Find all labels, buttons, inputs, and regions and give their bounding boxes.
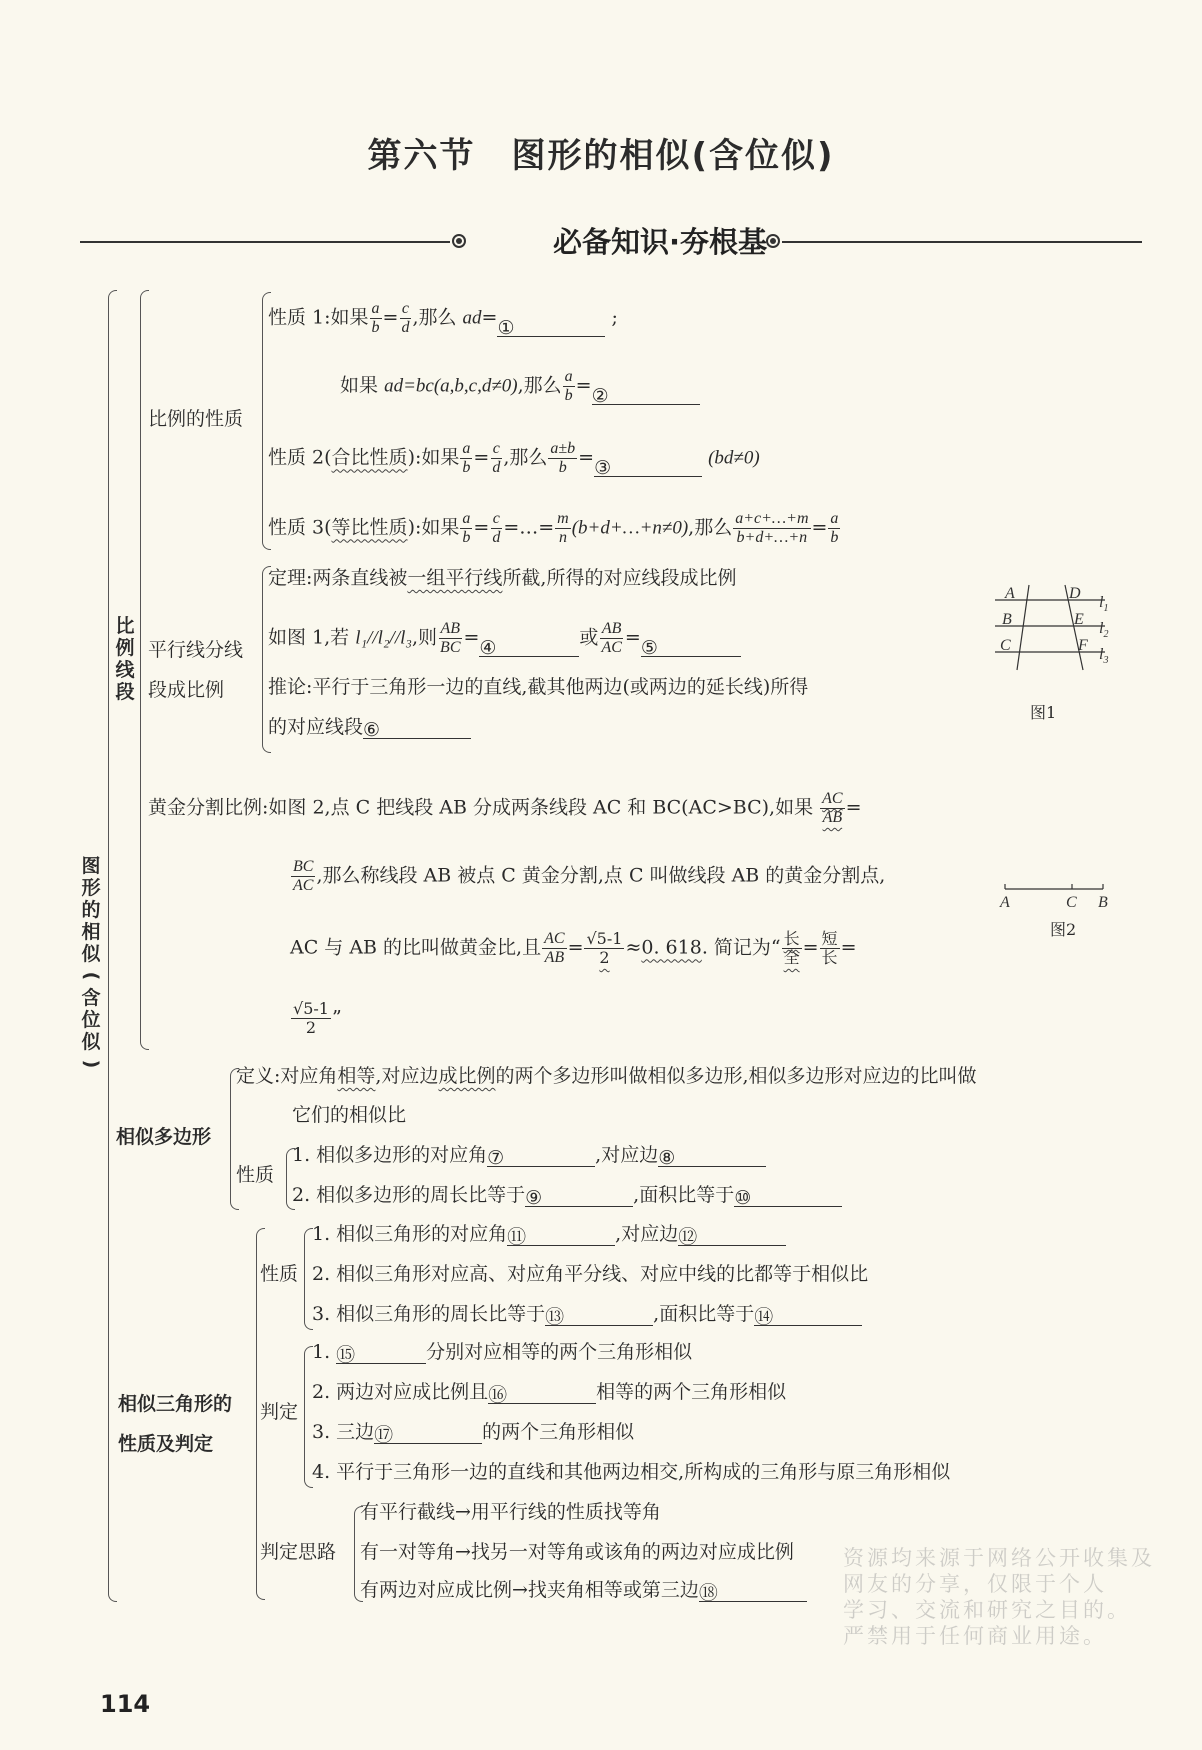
divider-right	[782, 241, 1142, 243]
chapter-number: 第六节	[367, 136, 475, 176]
blank-5[interactable]: ⑤	[641, 636, 741, 657]
svg-text:A: A	[999, 894, 1010, 911]
svg-text:l3: l3	[1099, 646, 1108, 666]
property-1: 性质 1:如果ab=cd,那么 ad=① ;	[268, 300, 618, 337]
proportional-segments-label: 比例线段	[114, 615, 136, 703]
figure-1-diagram: A B C D E F l1 l2 l3	[985, 580, 1115, 710]
svg-text:C: C	[1066, 894, 1077, 911]
section-heading: 必备知识·夯根基	[80, 220, 1142, 264]
svg-text:E: E	[1073, 611, 1084, 628]
properties-of-proportion-label: 比例的性质	[148, 407, 243, 431]
blank-14[interactable]: ⑭	[754, 1305, 862, 1326]
similar-triangles-label: 相似三角形的性质及判定	[118, 1384, 232, 1464]
watermark: 资源均来源于网络公开收集及 网友的分享，仅限于个人 学习、交流和研究之目的。 严…	[843, 1545, 1155, 1649]
chapter-title: 图形的相似(含位似)	[511, 136, 834, 176]
svg-text:B: B	[1098, 894, 1108, 911]
svg-text:B: B	[1002, 611, 1012, 628]
figure1-statement: 如图 1,若 l₁//l₂//l₃,则ABBC=④或ABAC=⑤	[268, 620, 741, 657]
triangle-properties-label: 性质	[260, 1262, 298, 1286]
polygon-property-2: 2. 相似多边形的周长比等于⑨,面积比等于⑩	[292, 1183, 842, 1207]
triangle-criteria-label: 判定	[260, 1400, 298, 1424]
parallel-lines-label: 平行线分线段成比例	[148, 630, 243, 710]
figure-2-diagram: A C B	[995, 875, 1115, 915]
root-bracket	[108, 290, 117, 1602]
blank-11[interactable]: ⑪	[507, 1225, 615, 1246]
criterion-1: 1. ⑮分别对应相等的两个三角形相似	[312, 1340, 692, 1364]
svg-text:A: A	[1004, 585, 1015, 602]
blank-10[interactable]: ⑩	[734, 1186, 842, 1207]
criterion-3: 3. 三边⑰的两个三角形相似	[312, 1420, 634, 1444]
judgment-thinking-label: 判定思路	[260, 1540, 336, 1564]
blank-6[interactable]: ⑥	[363, 718, 471, 739]
polygon-definition-line-2: 它们的相似比	[292, 1103, 406, 1127]
blank-8[interactable]: ⑧	[658, 1146, 766, 1167]
ring-ornament-icon	[766, 234, 780, 248]
polygon-property-1: 1. 相似多边形的对应角⑦,对应边⑧	[292, 1143, 766, 1167]
golden-section-line-1: 黄金分割比例:如图 2,点 C 把线段 AB 分成两条线段 AC 和 BC(AC…	[148, 790, 862, 827]
blank-13[interactable]: ⑬	[545, 1305, 653, 1326]
divider-left	[80, 241, 450, 243]
blank-1[interactable]: ①	[497, 316, 605, 337]
thinking-2: 有一对等角→找另一对等角或该角的两边对应成比例	[360, 1540, 794, 1564]
golden-section-line-3: AC 与 AB 的比叫做黄金比,且ACAB=√5-12≈0. 618. 简记为“…	[290, 930, 856, 967]
page-number: 114	[100, 1690, 150, 1718]
blank-4[interactable]: ④	[479, 636, 579, 657]
blank-9[interactable]: ⑨	[525, 1186, 633, 1207]
property-2: 性质 2(合比性质):如果ab=cd,那么a±bb=③ (bd≠0)	[268, 440, 760, 477]
property-1-converse: 如果 ad=bc(a,b,c,d≠0),那么ab=②	[340, 368, 700, 405]
svg-text:C: C	[1000, 637, 1011, 654]
corollary-line-1: 推论:平行于三角形一边的直线,截其他两边(或两边的延长线)所得	[268, 675, 808, 699]
theorem-text: 定理:两条直线被一组平行线所截,所得的对应线段成比例	[268, 566, 736, 590]
thinking-3: 有两边对应成比例→找夹角相等或第三边⑱	[360, 1578, 807, 1602]
similar-polygons-label: 相似多边形	[116, 1125, 211, 1149]
blank-15[interactable]: ⑮	[336, 1343, 426, 1364]
blank-18[interactable]: ⑱	[699, 1581, 807, 1602]
corollary-line-2: 的对应线段⑥	[268, 715, 471, 739]
svg-text:F: F	[1077, 637, 1088, 654]
triangle-property-3: 3. 相似三角形的周长比等于⑬,面积比等于⑭	[312, 1302, 862, 1326]
svg-text:l2: l2	[1099, 620, 1108, 640]
triangle-property-1: 1. 相似三角形的对应角⑪,对应边⑫	[312, 1222, 786, 1246]
blank-12[interactable]: ⑫	[678, 1225, 786, 1246]
svg-text:D: D	[1068, 585, 1081, 602]
triangle-property-2: 2. 相似三角形对应高、对应角平分线、对应中线的比都等于相似比	[312, 1262, 868, 1286]
blank-7[interactable]: ⑦	[487, 1146, 595, 1167]
thinking-1: 有平行截线→用平行线的性质找等角	[360, 1500, 661, 1524]
similar-polygons-bracket	[230, 1068, 239, 1210]
criterion-4: 4. 平行于三角形一边的直线和其他两边相交,所构成的三角形与原三角形相似	[312, 1460, 950, 1484]
page-title: 第六节图形的相似(含位似)	[0, 128, 1202, 177]
property-3: 性质 3(等比性质):如果ab=cd=…=mn(b+d+…+n≠0),那么a+c…	[268, 510, 841, 547]
root-label: 图形的相似(含位似)	[80, 855, 102, 1075]
blank-2[interactable]: ②	[592, 384, 700, 405]
figure-2-caption: 图2	[1050, 917, 1076, 940]
blank-17[interactable]: ⑰	[374, 1423, 482, 1444]
polygon-properties-label: 性质	[236, 1163, 274, 1187]
svg-text:l1: l1	[1099, 594, 1108, 614]
golden-section-line-4: √5-12”	[290, 1000, 342, 1037]
blank-3[interactable]: ③	[594, 456, 702, 477]
polygon-definition: 定义:对应角相等,对应边成比例的两个多边形叫做相似多边形,相似多边形对应边的比叫…	[236, 1064, 977, 1088]
golden-section-line-2: BCAC,那么称线段 AB 被点 C 黄金分割,点 C 叫做线段 AB 的黄金分…	[290, 858, 885, 895]
figure-1-caption: 图1	[1030, 700, 1056, 723]
criterion-2: 2. 两边对应成比例且⑯相等的两个三角形相似	[312, 1380, 786, 1404]
ring-ornament-icon	[452, 234, 466, 248]
blank-16[interactable]: ⑯	[488, 1383, 596, 1404]
